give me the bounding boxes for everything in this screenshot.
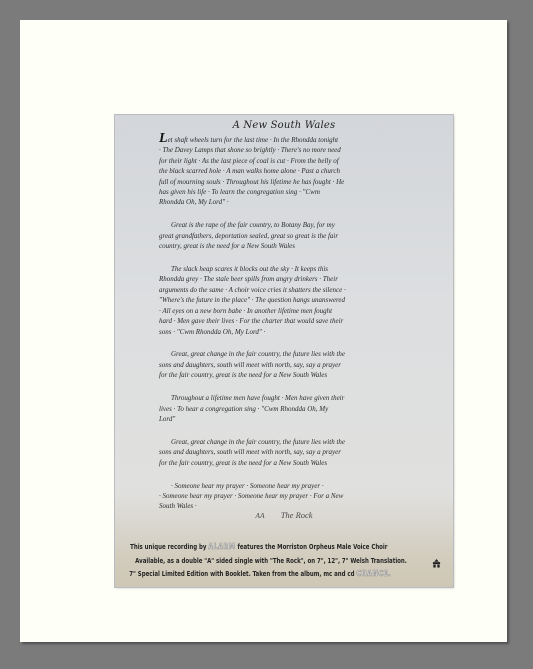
lyrics-block: Let shaft wheels turn for the last time … [159,135,395,524]
lyric-line: · Someone hear my prayer · Someone hear … [159,491,395,501]
lyric-line: Great, great change in the fair country,… [159,349,395,359]
lyric-line: for their light · As the last piece of c… [159,156,395,166]
lyric-line: great grandfathers, deportation sealed, … [159,231,395,241]
lyric-line: sons and daughters, south will meet with… [159,360,395,370]
lyric-line: the black scarred hole · A man walks hom… [159,166,395,176]
lyric-line: Great is the rape of the fair country, t… [159,220,395,230]
lyric-line: "Where's the future in the place" · The … [159,295,395,305]
double-a-mark: AA [255,511,264,520]
poster-print: A New South Wales Let shaft wheels turn … [115,115,453,587]
promo-line-1: This unique recording by ALARM features … [115,540,451,554]
lyric-line: lives · To hear a congregation sing · "C… [159,404,395,414]
lyric-line: sons · "Cwm Rhondda Oh, My Lord" · [159,327,395,337]
stanza-7: · Someone hear my prayer · Someone hear … [159,481,395,512]
lyric-line: has given his life · To learn the congre… [159,187,395,197]
b-side-title: The Rock [281,510,313,520]
lyric-line: Rhondda grey · The stale beer spills fro… [159,274,395,284]
stanza-1: Let shaft wheels turn for the last time … [159,135,395,208]
drop-cap: L [159,131,168,146]
lyric-line: hard · Men gave their lives · For the ch… [159,316,395,326]
lyric-line: country, great is the need for a New Sou… [159,241,395,251]
lyric-line: Great, great change in the fair country,… [159,437,395,447]
record-label-logo-icon [432,559,441,568]
lyric-line: The slack heap scares it blocks out the … [159,264,395,274]
frame-mat: A New South Wales Let shaft wheels turn … [20,20,507,642]
lyric-line: · The Davey Lamps that shone so brightly… [159,145,395,155]
lyric-line: for the fair country, great is the need … [159,370,395,380]
lyric-line: arguments do the same · A choir voice cr… [159,285,395,295]
lyric-line: Rhondda Oh, My Lord" · [159,197,395,207]
stanza-3: The slack heap scares it blocks out the … [159,264,395,337]
lyric-line: for the fair country, great is the need … [159,458,395,468]
stanza-4: Great, great change in the fair country,… [159,349,395,380]
lyric-line: · All eyes on a new born babe · In anoth… [159,306,395,316]
lyric-line: Let shaft wheels turn for the last time … [159,135,395,145]
poster-title: A New South Wales [115,120,453,131]
promo-line-2: Available, as a double "A" sided single … [115,554,451,568]
stanza-6: Great, great change in the fair country,… [159,437,395,468]
stanza-5: Throughout a lifetime men have fought · … [159,393,395,424]
lyric-line: · Someone hear my prayer · Someone hear … [159,481,395,491]
promo-text: This unique recording by ALARM features … [115,540,451,581]
lyric-line: full of mourning souls · Throughout his … [159,177,395,187]
promo-line-3: 7" Special Limited Edition with Booklet.… [115,567,451,581]
lyric-line: Lord" [159,414,395,424]
lyric-line: Throughout a lifetime men have fought · … [159,393,395,403]
lyric-line: sons and daughters, south will meet with… [159,447,395,457]
stanza-2: Great is the rape of the fair country, t… [159,220,395,251]
credit-line: AA The Rock [115,510,453,520]
band-logo: ALARM [208,540,235,554]
album-logo: CHANCE. [356,567,391,581]
